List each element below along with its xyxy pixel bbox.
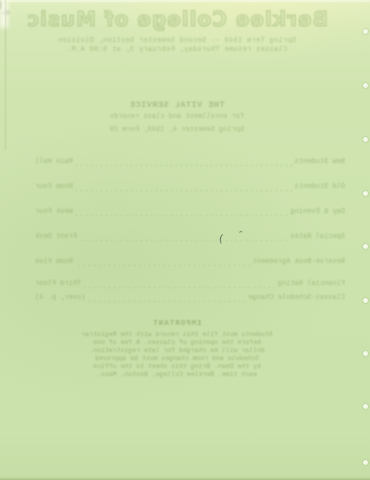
form-row: Reserve-Book Agreement Room Five: [35, 258, 345, 266]
form-row-label: Day & Evening: [290, 208, 345, 216]
paper-corner-highlight: [0, 0, 8, 28]
notice-heading: IMPORTANT: [0, 320, 362, 328]
scanned-page: Berklee College of Music Spring Term 194…: [0, 0, 370, 480]
binder-hole: [363, 137, 368, 142]
notice-line: Students must file this record with the …: [0, 331, 362, 339]
binder-hole: [363, 298, 368, 303]
form-row-value: Main Hall: [35, 158, 73, 166]
form-row: New Students Main Hall: [35, 158, 345, 166]
form-row: Financial Rating Third Floor: [35, 280, 345, 288]
dotted-leader: [76, 259, 250, 266]
binder-hole: [363, 244, 368, 249]
form-row: Day & Evening Week Four: [35, 208, 345, 216]
form-row-label: Old Students: [295, 183, 345, 191]
dotted-leader: [80, 234, 287, 241]
pencil-mark-prime: ″: [239, 230, 243, 241]
form-row-value: Room Five: [35, 258, 73, 266]
form-row-value: Third Floor: [35, 280, 81, 288]
notice-line: Schedule and room changes must be approv…: [0, 355, 362, 363]
binder-hole: [363, 404, 368, 409]
paper-top-edge: [0, 0, 370, 2]
masthead-subline-2: Classes resume Thursday, February 3, at …: [0, 46, 362, 54]
bleedthrough-layer: Berklee College of Music Spring Term 194…: [0, 0, 370, 480]
form-row-label: Special Rates: [290, 233, 345, 241]
binder-hole: [363, 351, 368, 356]
form-row-label: New Students: [295, 158, 345, 166]
section-heading-line-1: THE VITAL SERVICE: [0, 100, 362, 110]
form-row: Special Rates Front Desk: [35, 233, 345, 241]
form-row-label: Classes-Schedule Change: [248, 294, 345, 302]
form-row-value: Front Desk: [35, 233, 77, 241]
dotted-leader: [84, 281, 275, 288]
form-row: Old Students Room Four: [35, 183, 345, 191]
section-heading-line-2: for enrollment and class records: [0, 113, 362, 121]
form-row-label: Financial Rating: [278, 280, 345, 288]
section-heading-line-3: Spring Semester 4, 1949, Form 28: [0, 126, 362, 134]
form-row-value: Room Four: [35, 183, 73, 191]
notice-line: dollar will be charged for late registra…: [0, 347, 362, 355]
form-row: Classes-Schedule Change (over, p. 4): [35, 294, 345, 302]
notice-line: each time. Berklee College, Boston, Mass…: [0, 371, 362, 379]
dotted-leader: [76, 209, 288, 216]
dotted-leader: [88, 295, 245, 302]
binder-hole: [363, 29, 368, 34]
dotted-leader: [76, 159, 292, 166]
binder-hole: [363, 191, 368, 196]
notice-line: by the Dean. Bring this sheet to the off…: [0, 363, 362, 371]
binder-hole: [363, 460, 368, 465]
masthead-title: Berklee College of Music: [0, 7, 362, 31]
form-row-value: (over, p. 4): [35, 294, 85, 302]
paper-crease: [5, 0, 6, 150]
masthead-subline-1: Spring Term 1949 -- Second Semester Sect…: [0, 37, 362, 45]
dotted-leader: [76, 184, 292, 191]
form-row-value: Week Four: [35, 208, 73, 216]
binder-hole: [363, 83, 368, 88]
notice-line: before the opening of classes. A fee of …: [0, 339, 362, 347]
form-row-label: Reserve-Book Agreement: [253, 258, 345, 266]
